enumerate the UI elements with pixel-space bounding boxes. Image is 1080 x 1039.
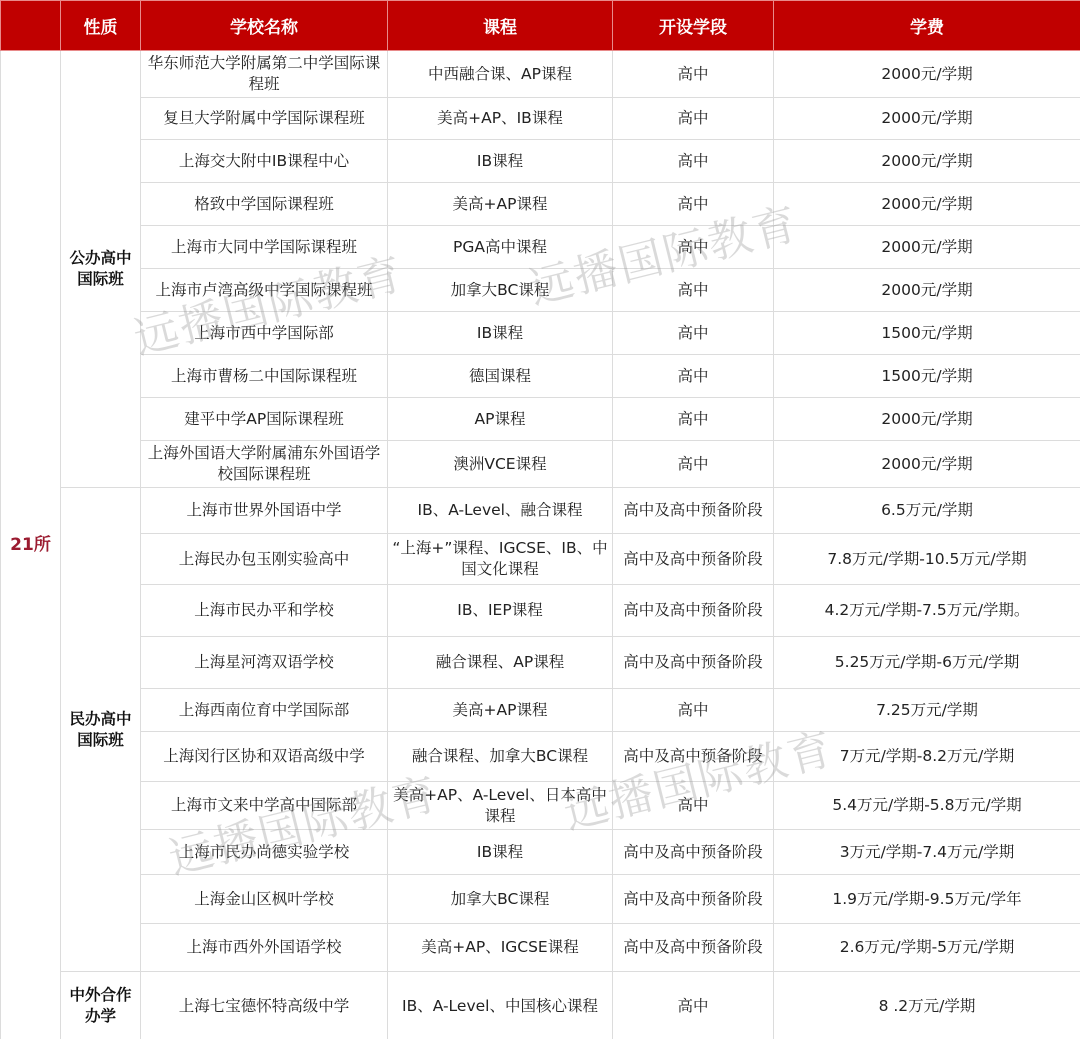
stage: 高中及高中预备阶段 [613, 488, 774, 534]
school-fee-table: 性质 学校名称 课程 开设学段 学费 21所公办高中国际班华东师范大学附属第二中… [0, 0, 1080, 1039]
fee: 1.9万元/学期-9.5万元/学年 [774, 875, 1080, 924]
school-name: 建平中学AP国际课程班 [141, 398, 388, 441]
school-name: 上海市曹杨二中国际课程班 [141, 355, 388, 398]
stage: 高中 [613, 51, 774, 98]
table-row: 21所公办高中国际班华东师范大学附属第二中学国际课程班中西融合课、AP课程高中2… [1, 51, 1080, 98]
course: 中西融合课、AP课程 [388, 51, 613, 98]
stage: 高中 [613, 355, 774, 398]
stage: 高中 [613, 226, 774, 269]
course: IB课程 [388, 830, 613, 875]
school-name: 复旦大学附属中学国际课程班 [141, 98, 388, 140]
course: 美高+AP、IGCSE课程 [388, 924, 613, 972]
stage: 高中 [613, 312, 774, 355]
header-row: 性质 学校名称 课程 开设学段 学费 [1, 1, 1080, 51]
table-row: 上海市民办尚德实验学校IB课程高中及高中预备阶段3万元/学期-7.4万元/学期 [1, 830, 1080, 875]
table-row: 上海民办包玉刚实验高中“上海+”课程、IGCSE、IB、中国文化课程高中及高中预… [1, 534, 1080, 585]
school-name: 格致中学国际课程班 [141, 183, 388, 226]
school-name: 上海市民办尚德实验学校 [141, 830, 388, 875]
stage: 高中 [613, 398, 774, 441]
course: IB、A-Level、中国核心课程 [388, 972, 613, 1039]
header-total [1, 1, 61, 51]
course: 融合课程、加拿大BC课程 [388, 732, 613, 782]
fee: 2000元/学期 [774, 51, 1080, 98]
stage: 高中 [613, 98, 774, 140]
fee: 2000元/学期 [774, 140, 1080, 183]
school-name: 上海市卢湾高级中学国际课程班 [141, 269, 388, 312]
table-row: 建平中学AP国际课程班AP课程高中2000元/学期 [1, 398, 1080, 441]
stage: 高中 [613, 140, 774, 183]
course: 融合课程、AP课程 [388, 637, 613, 689]
fee: 7.25万元/学期 [774, 689, 1080, 732]
fee: 2000元/学期 [774, 183, 1080, 226]
course: 美高+AP课程 [388, 689, 613, 732]
category-joint: 中外合作办学 [61, 972, 141, 1039]
fee: 2000元/学期 [774, 441, 1080, 488]
stage: 高中及高中预备阶段 [613, 637, 774, 689]
header-course: 课程 [388, 1, 613, 51]
school-name: 上海民办包玉刚实验高中 [141, 534, 388, 585]
course: AP课程 [388, 398, 613, 441]
stage: 高中及高中预备阶段 [613, 830, 774, 875]
stage: 高中及高中预备阶段 [613, 534, 774, 585]
school-name: 上海闵行区协和双语高级中学 [141, 732, 388, 782]
school-name: 上海市大同中学国际课程班 [141, 226, 388, 269]
school-name: 上海市世界外国语中学 [141, 488, 388, 534]
fee: 1500元/学期 [774, 355, 1080, 398]
fee: 6.5万元/学期 [774, 488, 1080, 534]
table-row: 上海市曹杨二中国际课程班德国课程高中1500元/学期 [1, 355, 1080, 398]
course: 美高+AP课程 [388, 183, 613, 226]
fee: 5.25万元/学期-6万元/学期 [774, 637, 1080, 689]
school-name: 上海市西中学国际部 [141, 312, 388, 355]
course: IB、IEP课程 [388, 585, 613, 637]
table-row: 上海西南位育中学国际部美高+AP课程高中7.25万元/学期 [1, 689, 1080, 732]
table-row: 上海市西外外国语学校美高+AP、IGCSE课程高中及高中预备阶段2.6万元/学期… [1, 924, 1080, 972]
header-nature: 性质 [61, 1, 141, 51]
table-row: 上海金山区枫叶学校加拿大BC课程高中及高中预备阶段1.9万元/学期-9.5万元/… [1, 875, 1080, 924]
stage: 高中 [613, 782, 774, 830]
fee: 5.4万元/学期-5.8万元/学期 [774, 782, 1080, 830]
fee: 1500元/学期 [774, 312, 1080, 355]
school-name: 上海市文来中学高中国际部 [141, 782, 388, 830]
stage: 高中及高中预备阶段 [613, 732, 774, 782]
course: PGA高中课程 [388, 226, 613, 269]
stage: 高中 [613, 183, 774, 226]
course: 美高+AP、IB课程 [388, 98, 613, 140]
school-name: 上海市西外外国语学校 [141, 924, 388, 972]
table-row: 上海市西中学国际部IB课程高中1500元/学期 [1, 312, 1080, 355]
stage: 高中及高中预备阶段 [613, 924, 774, 972]
course: IB课程 [388, 140, 613, 183]
header-fee: 学费 [774, 1, 1080, 51]
course: IB、A-Level、融合课程 [388, 488, 613, 534]
table-row: 格致中学国际课程班美高+AP课程高中2000元/学期 [1, 183, 1080, 226]
fee: 3万元/学期-7.4万元/学期 [774, 830, 1080, 875]
fee: 2000元/学期 [774, 269, 1080, 312]
fee: 7万元/学期-8.2万元/学期 [774, 732, 1080, 782]
fee: 2.6万元/学期-5万元/学期 [774, 924, 1080, 972]
school-name: 上海外国语大学附属浦东外国语学校国际课程班 [141, 441, 388, 488]
table-row: 上海闵行区协和双语高级中学融合课程、加拿大BC课程高中及高中预备阶段7万元/学期… [1, 732, 1080, 782]
school-name: 上海市民办平和学校 [141, 585, 388, 637]
fee: 2000元/学期 [774, 398, 1080, 441]
fee: 4.2万元/学期-7.5万元/学期。 [774, 585, 1080, 637]
table-row: 上海市民办平和学校IB、IEP课程高中及高中预备阶段4.2万元/学期-7.5万元… [1, 585, 1080, 637]
table-row: 上海星河湾双语学校融合课程、AP课程高中及高中预备阶段5.25万元/学期-6万元… [1, 637, 1080, 689]
stage: 高中 [613, 972, 774, 1039]
table-row: 上海交大附中IB课程中心IB课程高中2000元/学期 [1, 140, 1080, 183]
category-public: 公办高中国际班 [61, 51, 141, 488]
school-name: 上海交大附中IB课程中心 [141, 140, 388, 183]
fee: 2000元/学期 [774, 226, 1080, 269]
course: IB课程 [388, 312, 613, 355]
table-row: 上海外国语大学附属浦东外国语学校国际课程班澳洲VCE课程高中2000元/学期 [1, 441, 1080, 488]
table-row: 上海市卢湾高级中学国际课程班加拿大BC课程高中2000元/学期 [1, 269, 1080, 312]
school-name: 上海西南位育中学国际部 [141, 689, 388, 732]
header-stage: 开设学段 [613, 1, 774, 51]
fee: 8 .2万元/学期 [774, 972, 1080, 1039]
stage: 高中及高中预备阶段 [613, 875, 774, 924]
table-row: 民办高中国际班上海市世界外国语中学IB、A-Level、融合课程高中及高中预备阶… [1, 488, 1080, 534]
school-name: 华东师范大学附属第二中学国际课程班 [141, 51, 388, 98]
course: 加拿大BC课程 [388, 269, 613, 312]
table-row: 上海市文来中学高中国际部美高+AP、A-Level、日本高中课程高中5.4万元/… [1, 782, 1080, 830]
school-name: 上海金山区枫叶学校 [141, 875, 388, 924]
school-name: 上海七宝德怀特高级中学 [141, 972, 388, 1039]
table-row: 复旦大学附属中学国际课程班美高+AP、IB课程高中2000元/学期 [1, 98, 1080, 140]
category-private: 民办高中国际班 [61, 488, 141, 972]
course: 美高+AP、A-Level、日本高中课程 [388, 782, 613, 830]
course: 加拿大BC课程 [388, 875, 613, 924]
table-row: 中外合作办学上海七宝德怀特高级中学IB、A-Level、中国核心课程高中8 .2… [1, 972, 1080, 1039]
stage: 高中 [613, 269, 774, 312]
stage: 高中及高中预备阶段 [613, 585, 774, 637]
stage: 高中 [613, 441, 774, 488]
course: 德国课程 [388, 355, 613, 398]
school-name: 上海星河湾双语学校 [141, 637, 388, 689]
course: 澳洲VCE课程 [388, 441, 613, 488]
fee: 7.8万元/学期-10.5万元/学期 [774, 534, 1080, 585]
total-count: 21所 [1, 51, 61, 1039]
course: “上海+”课程、IGCSE、IB、中国文化课程 [388, 534, 613, 585]
stage: 高中 [613, 689, 774, 732]
header-school-name: 学校名称 [141, 1, 388, 51]
fee: 2000元/学期 [774, 98, 1080, 140]
table-row: 上海市大同中学国际课程班PGA高中课程高中2000元/学期 [1, 226, 1080, 269]
